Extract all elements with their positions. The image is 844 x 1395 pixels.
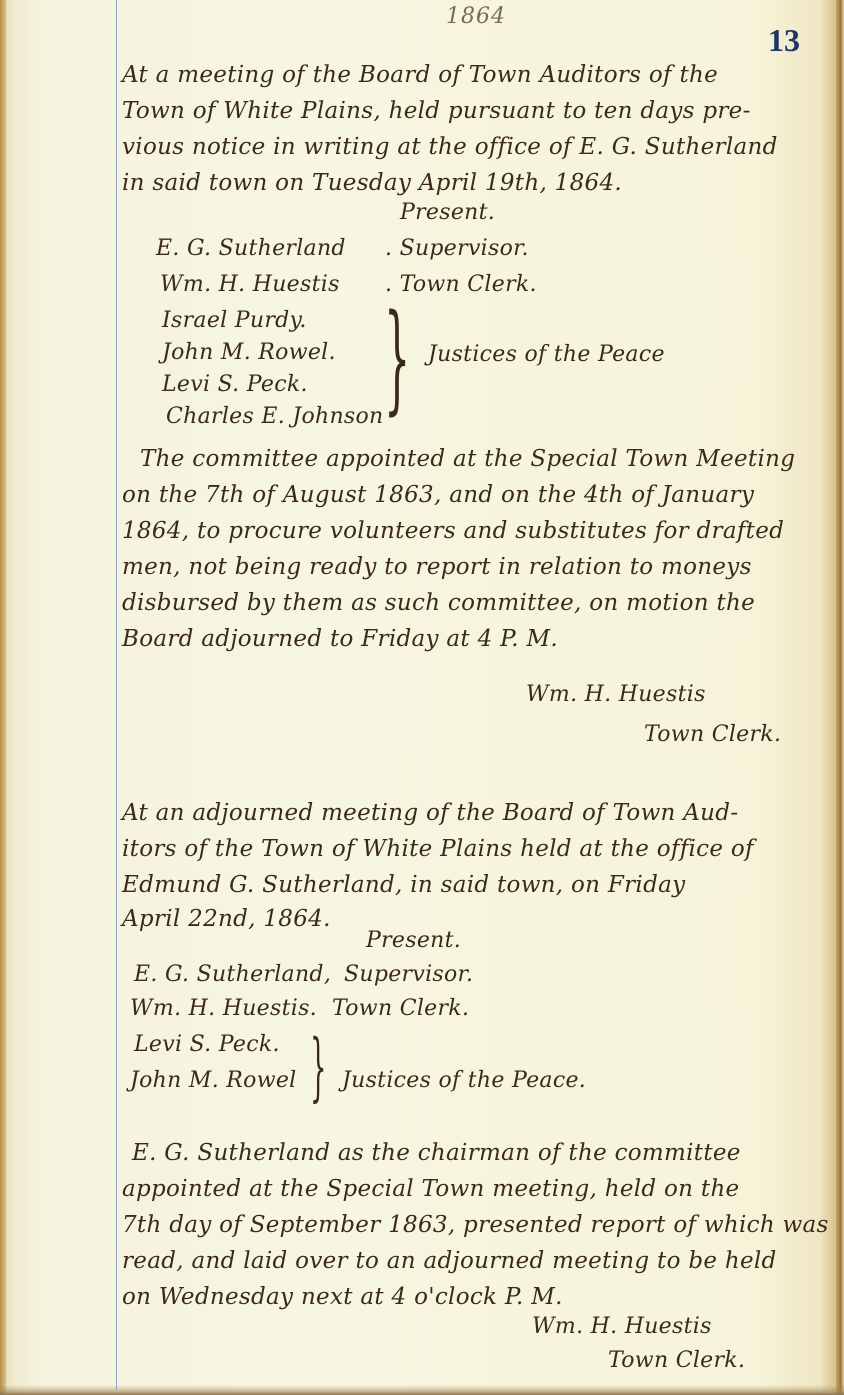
present-label: Present.: [400, 200, 495, 225]
page-number: 13: [768, 22, 800, 59]
body-line: men, not being ready to report in relati…: [122, 554, 752, 580]
body-line: read, and laid over to an adjourned meet…: [122, 1248, 777, 1274]
signature-title: Town Clerk.: [608, 1348, 745, 1373]
attendee-role: . Supervisor.: [385, 236, 529, 261]
attendee-name: Wm. H. Huestis: [160, 272, 340, 297]
signature-title: Town Clerk.: [644, 722, 781, 747]
entry-2-line-4: April 22nd, 1864.: [122, 906, 331, 932]
page-edge: [836, 0, 844, 1395]
attendee-role: Supervisor.: [344, 962, 473, 987]
signature-name: Wm. H. Huestis: [526, 682, 706, 707]
body-line: E. G. Sutherland as the chairman of the …: [132, 1140, 741, 1166]
entry-2-line-2: itors of the Town of White Plains held a…: [122, 836, 754, 862]
ledger-page: 1864 13 At a meeting of the Board of Tow…: [0, 0, 844, 1395]
attendee-role: Town Clerk.: [332, 996, 469, 1021]
attendee-name: E. G. Sutherland: [156, 236, 346, 261]
attendee-name: Wm. H. Huestis.: [130, 996, 317, 1021]
attendee-name: E. G. Sutherland,: [134, 962, 331, 987]
present-label: Present.: [366, 928, 461, 953]
justice-name: Charles E. Johnson: [166, 404, 384, 429]
signature-name: Wm. H. Huestis: [532, 1314, 712, 1339]
justice-name: John M. Rowel: [130, 1068, 297, 1093]
body-line: 7th day of September 1863, presented rep…: [122, 1212, 829, 1238]
brace-symbol: }: [310, 1030, 326, 1104]
binding-edge: [0, 0, 6, 1395]
justice-name: John M. Rowel.: [162, 340, 336, 365]
justices-label: Justices of the Peace.: [342, 1068, 586, 1093]
entry-1-line-3: vious notice in writing at the office of…: [122, 134, 778, 160]
body-line: on the 7th of August 1863, and on the 4t…: [122, 482, 754, 508]
justice-name: Levi S. Peck.: [134, 1032, 280, 1057]
margin-rule: [116, 0, 117, 1390]
justice-name: Israel Purdy.: [162, 308, 307, 333]
body-line: Board adjourned to Friday at 4 P. M.: [122, 626, 558, 652]
entry-1-line-1: At a meeting of the Board of Town Audito…: [122, 62, 718, 88]
body-line: The committee appointed at the Special T…: [140, 446, 795, 472]
entry-2-line-3: Edmund G. Sutherland, in said town, on F…: [122, 872, 685, 898]
entry-2-line-1: At an adjourned meeting of the Board of …: [122, 800, 738, 826]
body-line: 1864, to procure volunteers and substitu…: [122, 518, 784, 544]
page-bottom-shadow: [0, 1385, 844, 1395]
justice-name: Levi S. Peck.: [162, 372, 308, 397]
brace-symbol: }: [384, 298, 410, 416]
entry-1-line-4: in said town on Tuesday April 19th, 1864…: [122, 170, 622, 196]
entry-1-line-2: Town of White Plains, held pursuant to t…: [122, 98, 751, 124]
justices-label: Justices of the Peace: [428, 342, 665, 367]
year-header: 1864: [446, 4, 506, 29]
body-line: disbursed by them as such committee, on …: [122, 590, 755, 616]
body-line: appointed at the Special Town meeting, h…: [122, 1176, 739, 1202]
body-line: on Wednesday next at 4 o'clock P. M.: [122, 1284, 563, 1310]
